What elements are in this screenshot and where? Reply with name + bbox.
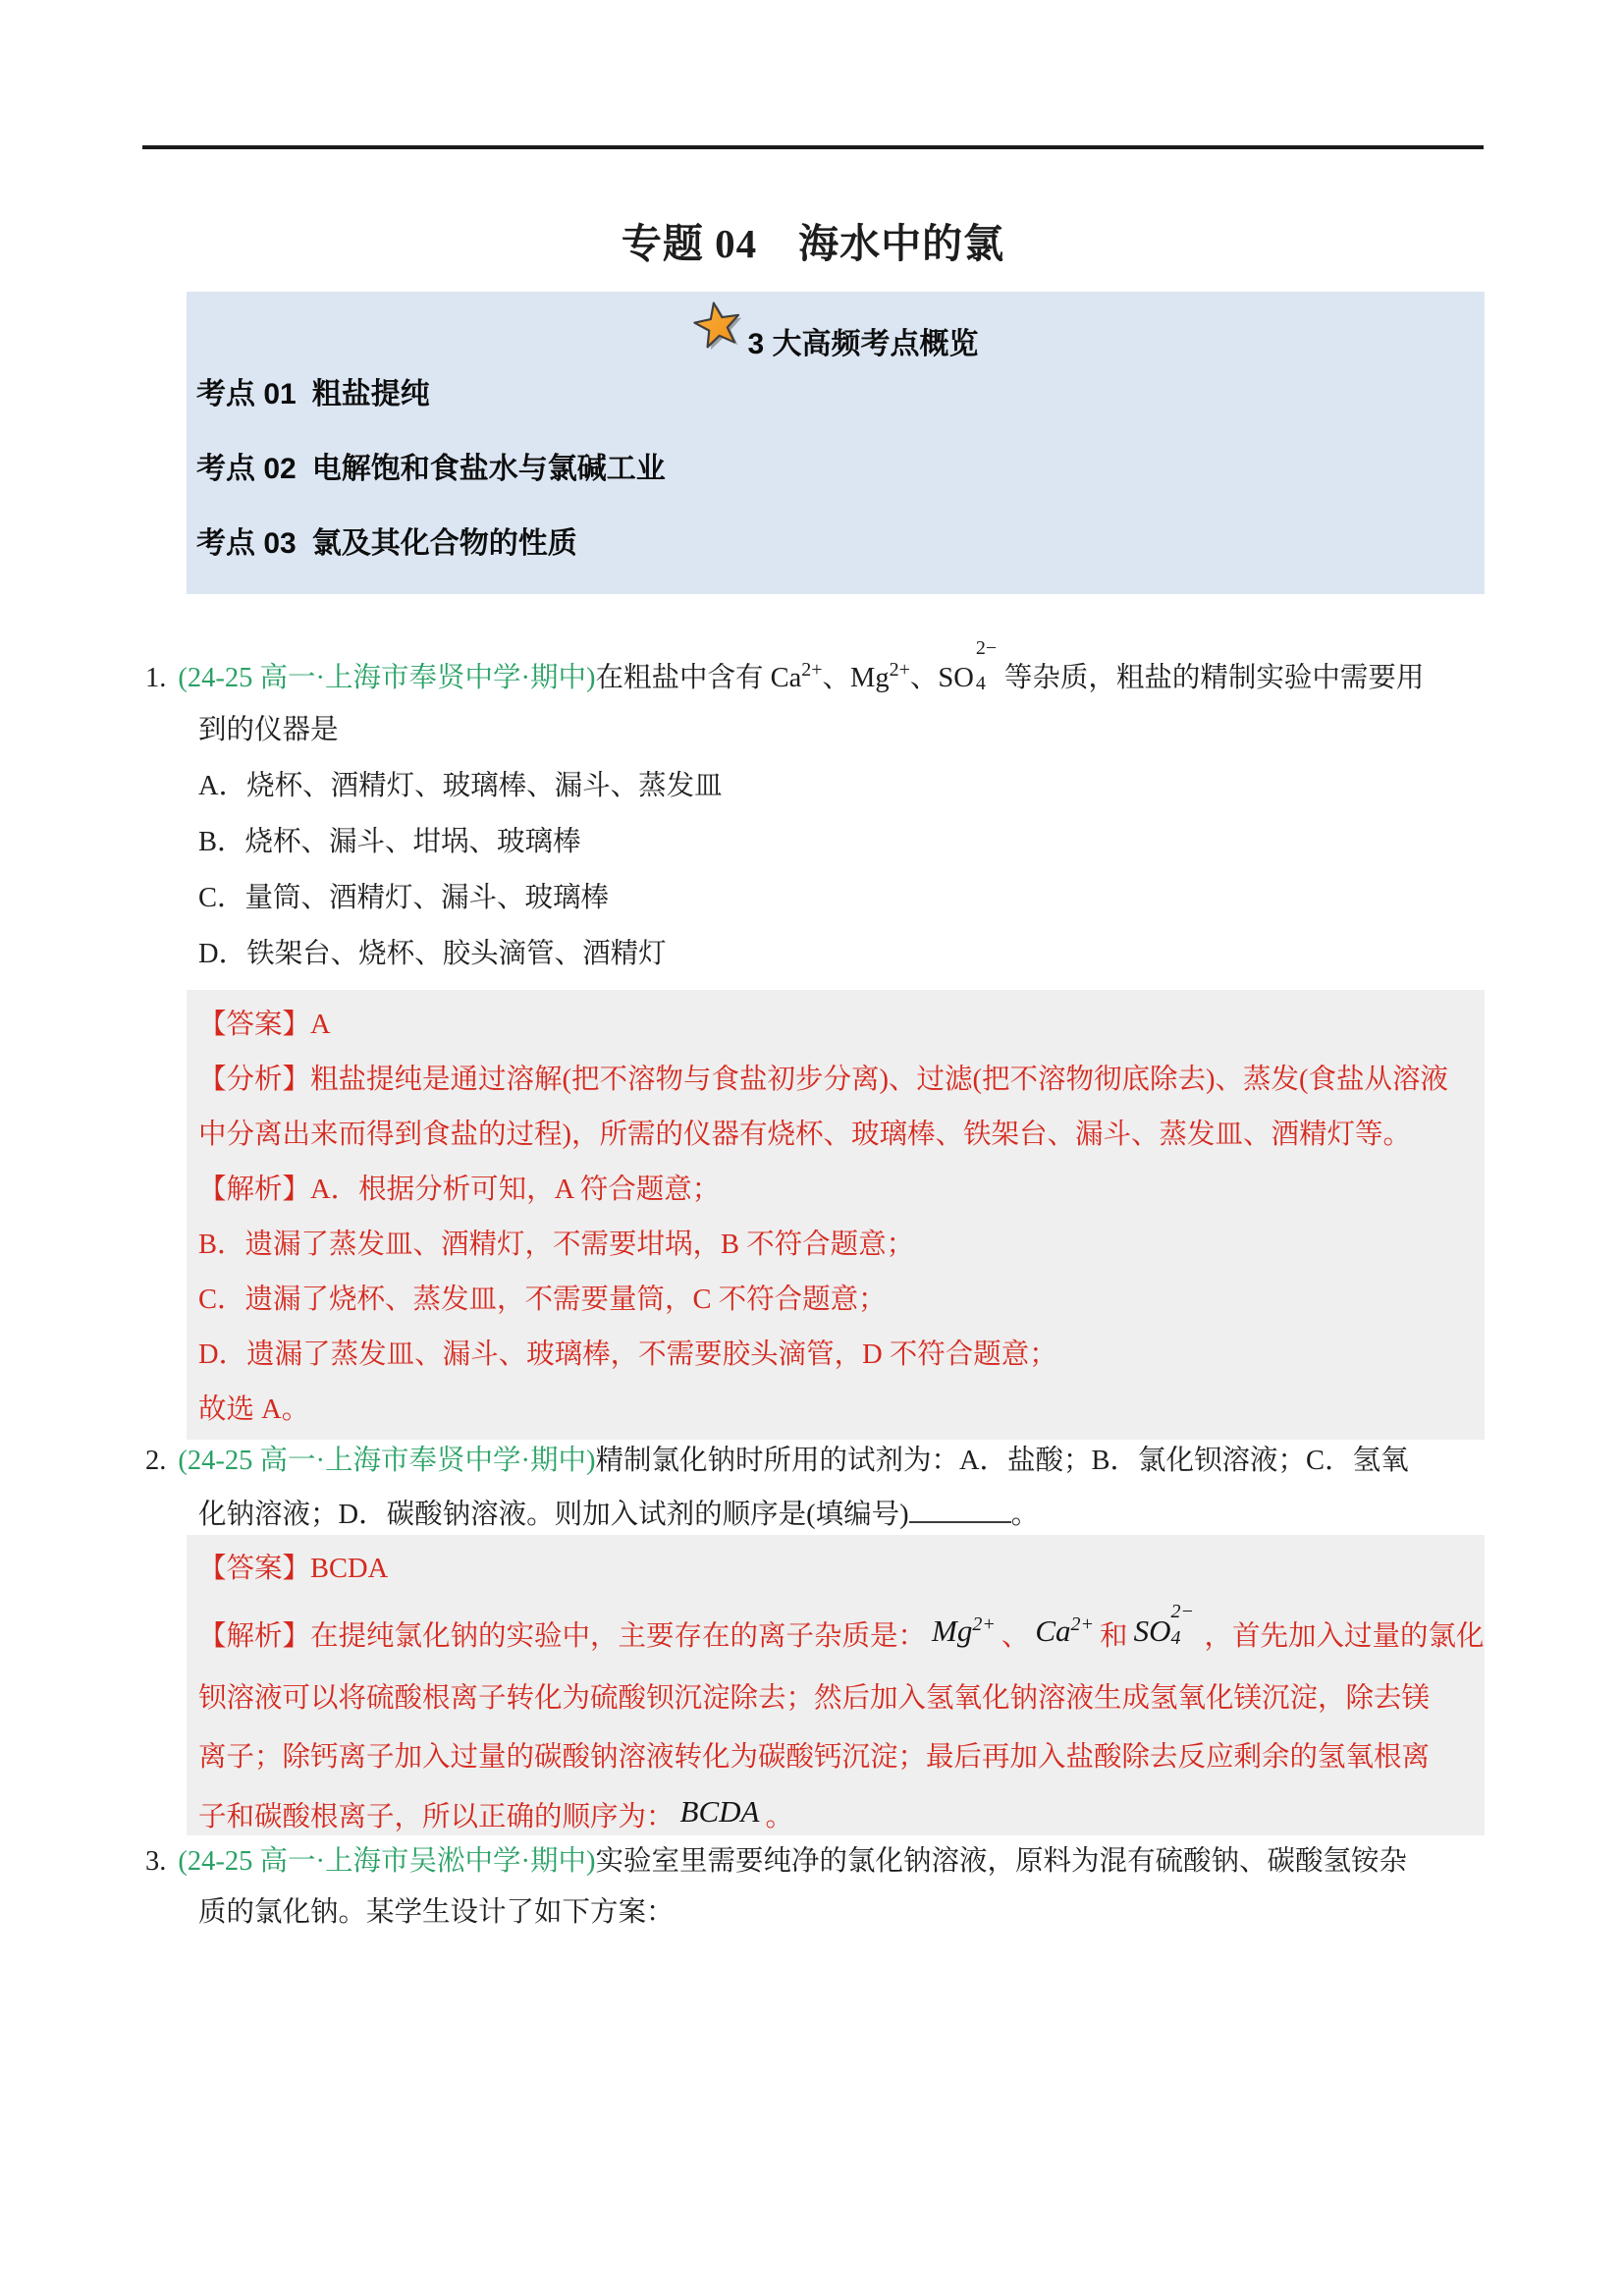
question-1-stem-seg3: 、SO [910,663,974,693]
answer-2-sep2: 和 [1100,1621,1128,1652]
question-1-stem-seg4: 等杂质，粗盐的精制实验中需要用 [1004,663,1425,693]
overview-header: 3 大高频考点概览 [187,294,1485,351]
answer-2-exp-seg1: 【解析】在提纯氯化钠的实验中，主要存在的离子杂质是： [198,1621,926,1652]
question-1-line-2: 到的仪器是 [198,711,339,750]
question-2-stem-end: 。 [1011,1500,1040,1530]
so4-ion-math: SO2−4 [1134,1613,1199,1648]
overview-item-2-title: 电解饱和食盐水与氯碱工业 [312,453,666,485]
worksheet-page: 专题 04 海水中的氯 3 大高频考点概览 [0,0,1623,2296]
question-2-stem-cont: 化钠溶液；D．碳酸钠溶液。则加入试剂的顺序是(填编号) [198,1500,909,1530]
question-1-option-b: B．烧杯、漏斗、坩埚、玻璃棒 [198,823,581,862]
overview-item-3-num: 考点 03 [196,527,297,560]
answer-2-sep1: 、 [1001,1621,1030,1652]
so4-ion-scripts: 2−4 [1170,1617,1198,1647]
answer-1-line-5: B．遗漏了蒸发皿、酒精灯，不需要坩埚，B 不符合题意； [198,1218,1473,1273]
ca-ion-math: Ca2+ [1035,1613,1094,1648]
mg-ion-math: Mg2+ [932,1613,996,1648]
answer-2-line5-start: 子和碳酸根离子，所以正确的顺序为： [198,1802,675,1832]
overview-item-1-title: 粗盐提纯 [312,378,430,410]
answer-2-line-2: 【解析】在提纯氯化钠的实验中，主要存在的离子杂质是：Mg2+、Ca2+和SO2−… [198,1596,1473,1669]
answer-block-1: 【答案】A 【分析】粗盐提纯是通过溶解(把不溶物与食盐初步分离)、过滤(把不溶物… [187,990,1485,1440]
mg-ion-sup: 2+ [972,1613,996,1635]
question-2-source: (24-25 高一·上海市奉贤中学·期中) [178,1446,595,1476]
question-2-line-1: 2.(24-25 高一·上海市奉贤中学·期中)精制氯化钠时所用的试剂为：A．盐酸… [145,1442,1409,1481]
answer-2-order-math: BCDA [680,1794,760,1829]
overview-panel: 3 大高频考点概览 考点 01粗盐提纯 考点 02电解饱和食盐水与氯碱工业 考点… [187,292,1485,594]
overview-item-3-title: 氯及其化合物的性质 [312,527,577,560]
mg-ion-charge: 2+ [890,659,910,681]
ca-ion-sup: 2+ [1071,1613,1095,1635]
answer-2-line-4: 离子；除钙离子加入过量的碳酸钠溶液转化为碳酸钙沉淀；最后再加入盐酸除去反应剩余的… [198,1728,1473,1787]
answer-2-line-3: 钡溶液可以将硫酸根离子转化为硫酸钡沉淀除去；然后加入氢氧化钠溶液生成氢氧化镁沉淀… [198,1669,1473,1728]
answer-1-line-7: D．遗漏了蒸发皿、漏斗、玻璃棒，不需要胶头滴管，D 不符合题意； [198,1328,1473,1383]
overview-item-1: 考点 01粗盐提纯 [196,376,430,413]
star-icon [692,300,743,353]
page-title: 专题 04 海水中的氯 [142,216,1484,271]
question-1-option-c: C．量筒、酒精灯、漏斗、玻璃棒 [198,879,609,918]
question-1-number: 1. [145,663,166,693]
overview-item-2: 考点 02电解饱和食盐水与氯碱工业 [196,451,666,488]
answer-1-line-2: 【分析】粗盐提纯是通过溶解(把不溶物与食盐初步分离)、过滤(把不溶物彻底除去)、… [198,1053,1473,1108]
answer-2-line-5: 子和碳酸根离子，所以正确的顺序为：BCDA。 [198,1787,1473,1846]
so4-ion-base: SO [1134,1613,1171,1648]
question-3-stem: 实验室里需要纯净的氯化钠溶液，原料为混有硫酸钠、碳酸氢铵杂 [595,1846,1407,1877]
overview-item-1-num: 考点 01 [196,378,297,410]
answer-1-line-1: 【答案】A [198,998,1473,1053]
answer-1-line-8: 故选 A。 [198,1383,1473,1438]
question-1-stem-seg1: 在粗盐中含有 Ca [595,663,801,693]
so4-ion-sub: 4 [1170,1628,1180,1648]
top-divider [142,145,1484,149]
question-3-line-1: 3.(24-25 高一·上海市吴淞中学·期中)实验室里需要纯净的氯化钠溶液，原料… [145,1842,1407,1882]
overview-item-2-num: 考点 02 [196,453,297,485]
answer-2-line-1: 【答案】BCDA [198,1543,1473,1596]
question-3-number: 3. [145,1846,166,1877]
so4-ion-sup: 2− [1170,1602,1194,1621]
question-3-line-2: 质的氯化钠。某学生设计了如下方案： [198,1893,675,1933]
question-3-source: (24-25 高一·上海市吴淞中学·期中) [178,1846,595,1877]
question-2-number: 2. [145,1446,166,1476]
question-1-option-a: A．烧杯、酒精灯、玻璃棒、漏斗、蒸发皿 [198,767,723,806]
question-1-line-1: 1.(24-25 高一·上海市奉贤中学·期中)在粗盐中含有 Ca2+、Mg2+、… [145,650,1424,698]
answer-2-exp-seg2: ，首先加入过量的氯化 [1204,1621,1484,1652]
ca-ion-base: Ca [1035,1613,1070,1648]
answer-1-line-3: 中分离出来而得到食盐的过程)，所需的仪器有烧杯、玻璃棒、铁架台、漏斗、蒸发皿、酒… [198,1108,1473,1163]
question-1-source: (24-25 高一·上海市奉贤中学·期中) [178,663,595,693]
answer-1-line-4: 【解析】A．根据分析可知，A 符合题意； [198,1163,1473,1218]
answer-1-line-6: C．遗漏了烧杯、蒸发皿，不需要量筒，C 不符合题意； [198,1273,1473,1328]
question-2-stem: 精制氯化钠时所用的试剂为：A．盐酸；B．氯化钡溶液；C．氢氧 [595,1446,1408,1476]
sulfate-subscript: 4 [976,674,986,693]
ca-ion-charge: 2+ [801,659,822,681]
fill-blank-underline [909,1492,1011,1523]
answer-2-line5-end: 。 [765,1802,793,1832]
question-1-option-d: D．铁架台、烧杯、胶头滴管、酒精灯 [198,935,667,974]
sulfate-ion-scripts: 2−4 [974,662,1001,691]
mg-ion-base: Mg [932,1613,972,1648]
question-2-line-2: 化钠溶液；D．碳酸钠溶液。则加入试剂的顺序是(填编号)。 [198,1492,1039,1535]
overview-heading: 3 大高频考点概览 [747,319,978,362]
question-1-stem-seg2: 、Mg [823,663,890,693]
overview-item-3: 考点 03氯及其化合物的性质 [196,525,577,563]
answer-block-2: 【答案】BCDA 【解析】在提纯氯化钠的实验中，主要存在的离子杂质是：Mg2+、… [187,1535,1485,1835]
sulfate-charge: 2− [976,638,997,658]
